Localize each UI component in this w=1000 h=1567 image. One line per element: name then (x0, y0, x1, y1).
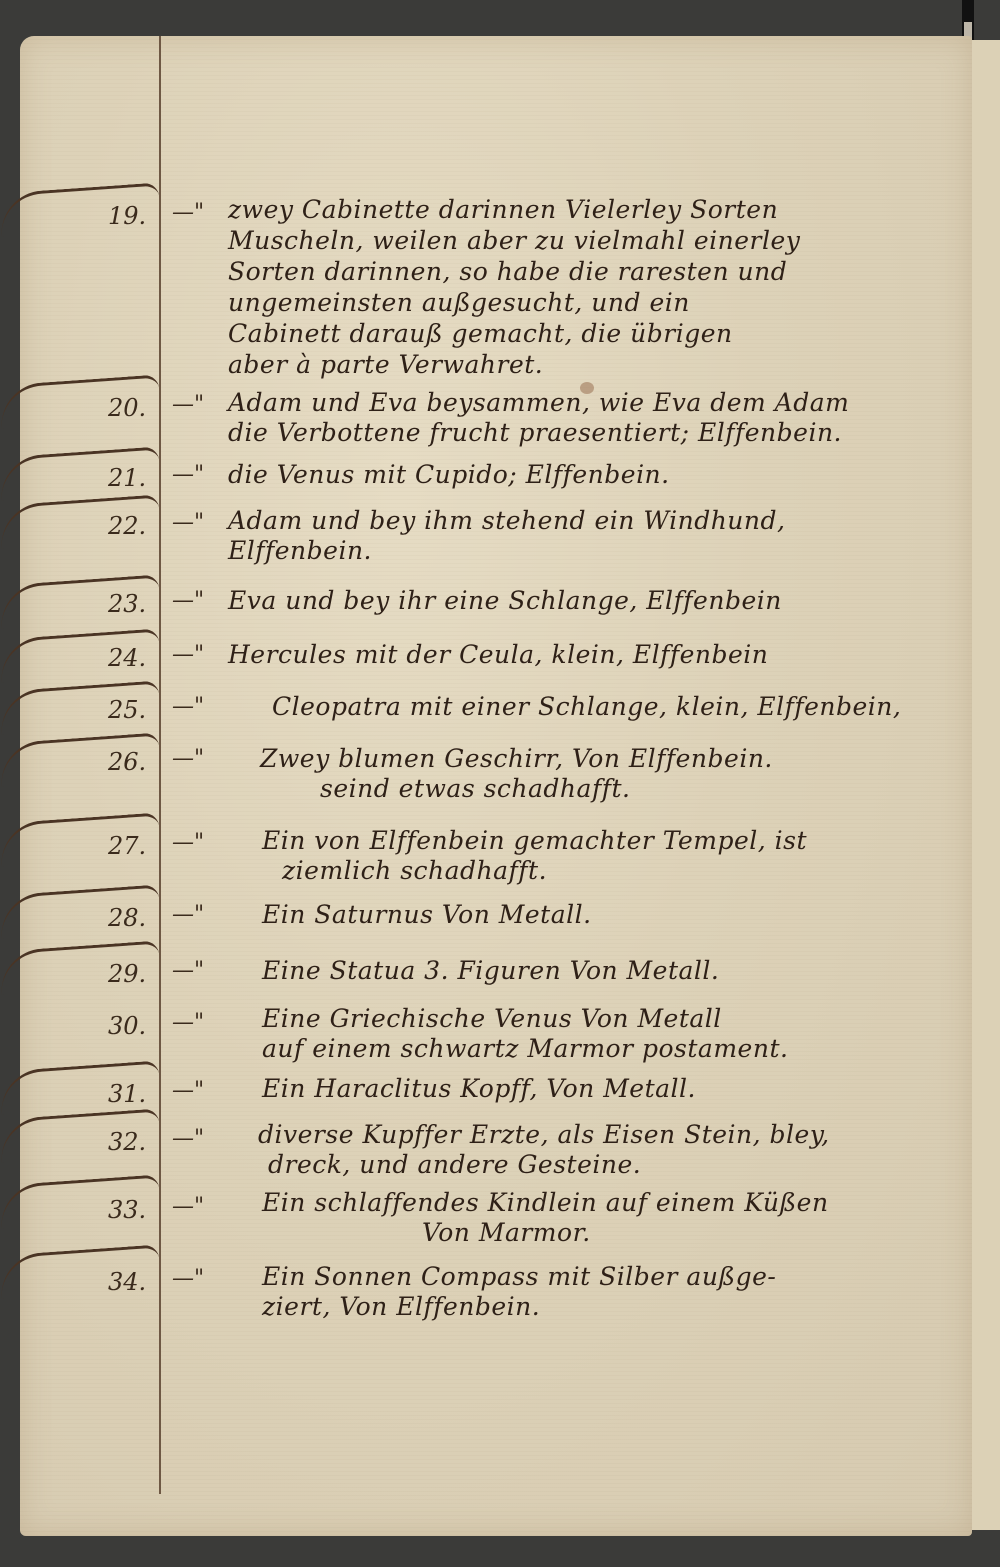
entry-text: Ein Saturnus Von Metall. (262, 900, 1000, 930)
entry-text: Eine Griechische Venus Von Metall auf ei… (262, 1004, 1000, 1064)
entry-number: 23. (108, 590, 158, 618)
entry-text: Adam und bey ihm stehend ein Windhund, E… (228, 506, 968, 566)
entry-text: Cleopatra mit einer Schlange, klein, Elf… (272, 692, 1000, 722)
entry-text: Ein Haraclitus Kopff, Von Metall. (262, 1074, 1000, 1104)
entry-number: 30. (108, 1012, 158, 1040)
entry-text: diverse Kupffer Erzte, als Eisen Stein, … (258, 1120, 998, 1180)
entry-number: 32. (108, 1128, 158, 1156)
entry-text: Eva und bey ihr eine Schlange, Elffenbei… (228, 586, 968, 616)
entry-marker: —" (172, 694, 204, 719)
entry-text: die Venus mit Cupido; Elffenbein. (228, 460, 968, 490)
entry-text: Eine Statua 3. Figuren Von Metall. (262, 956, 1000, 986)
entry-text: zwey Cabinette darinnen Vielerley Sorten… (228, 194, 968, 380)
entry-marker: —" (172, 958, 204, 983)
entry-text: Ein Sonnen Compass mit Silber außge- zie… (262, 1262, 1000, 1322)
entry-number: 28. (108, 904, 158, 932)
entry-text: Hercules mit der Ceula, klein, Elffenbei… (228, 640, 968, 670)
entry-number: 26. (108, 748, 158, 776)
entry-number: 24. (108, 644, 158, 672)
entry-text: Zwey blumen Geschirr, Von Elffenbein. se… (260, 744, 1000, 804)
entry-number: 31. (108, 1080, 158, 1108)
entry-number: 19. (108, 202, 158, 230)
entry-marker: —" (172, 1010, 204, 1035)
entry-marker: —" (172, 642, 204, 667)
entry-number: 29. (108, 960, 158, 988)
entry-number: 27. (108, 832, 158, 860)
entry-marker: —" (172, 462, 204, 487)
entry-marker: —" (172, 1194, 204, 1219)
entry-marker: —" (172, 902, 204, 927)
entry-text: Ein von Elffenbein gemachter Tempel, ist… (262, 826, 1000, 886)
entry-marker: —" (172, 1266, 204, 1291)
entry-marker: —" (172, 392, 204, 417)
entry-marker: —" (172, 746, 204, 771)
entry-marker: —" (172, 1078, 204, 1103)
entry-marker: —" (172, 510, 204, 535)
entry-number: 22. (108, 512, 158, 540)
entry-marker: —" (172, 588, 204, 613)
entry-text: Ein schlaffendes Kindlein auf einem Küße… (262, 1188, 1000, 1248)
entry-number: 20. (108, 394, 158, 422)
entry-number: 33. (108, 1196, 158, 1224)
entry-number: 34. (108, 1268, 158, 1296)
entry-marker: —" (172, 200, 204, 225)
entry-number: 21. (108, 464, 158, 492)
entry-text: Adam und Eva beysammen, wie Eva dem Adam… (228, 388, 968, 448)
entry-marker: —" (172, 1126, 204, 1151)
entry-number: 25. (108, 696, 158, 724)
entry-marker: —" (172, 830, 204, 855)
